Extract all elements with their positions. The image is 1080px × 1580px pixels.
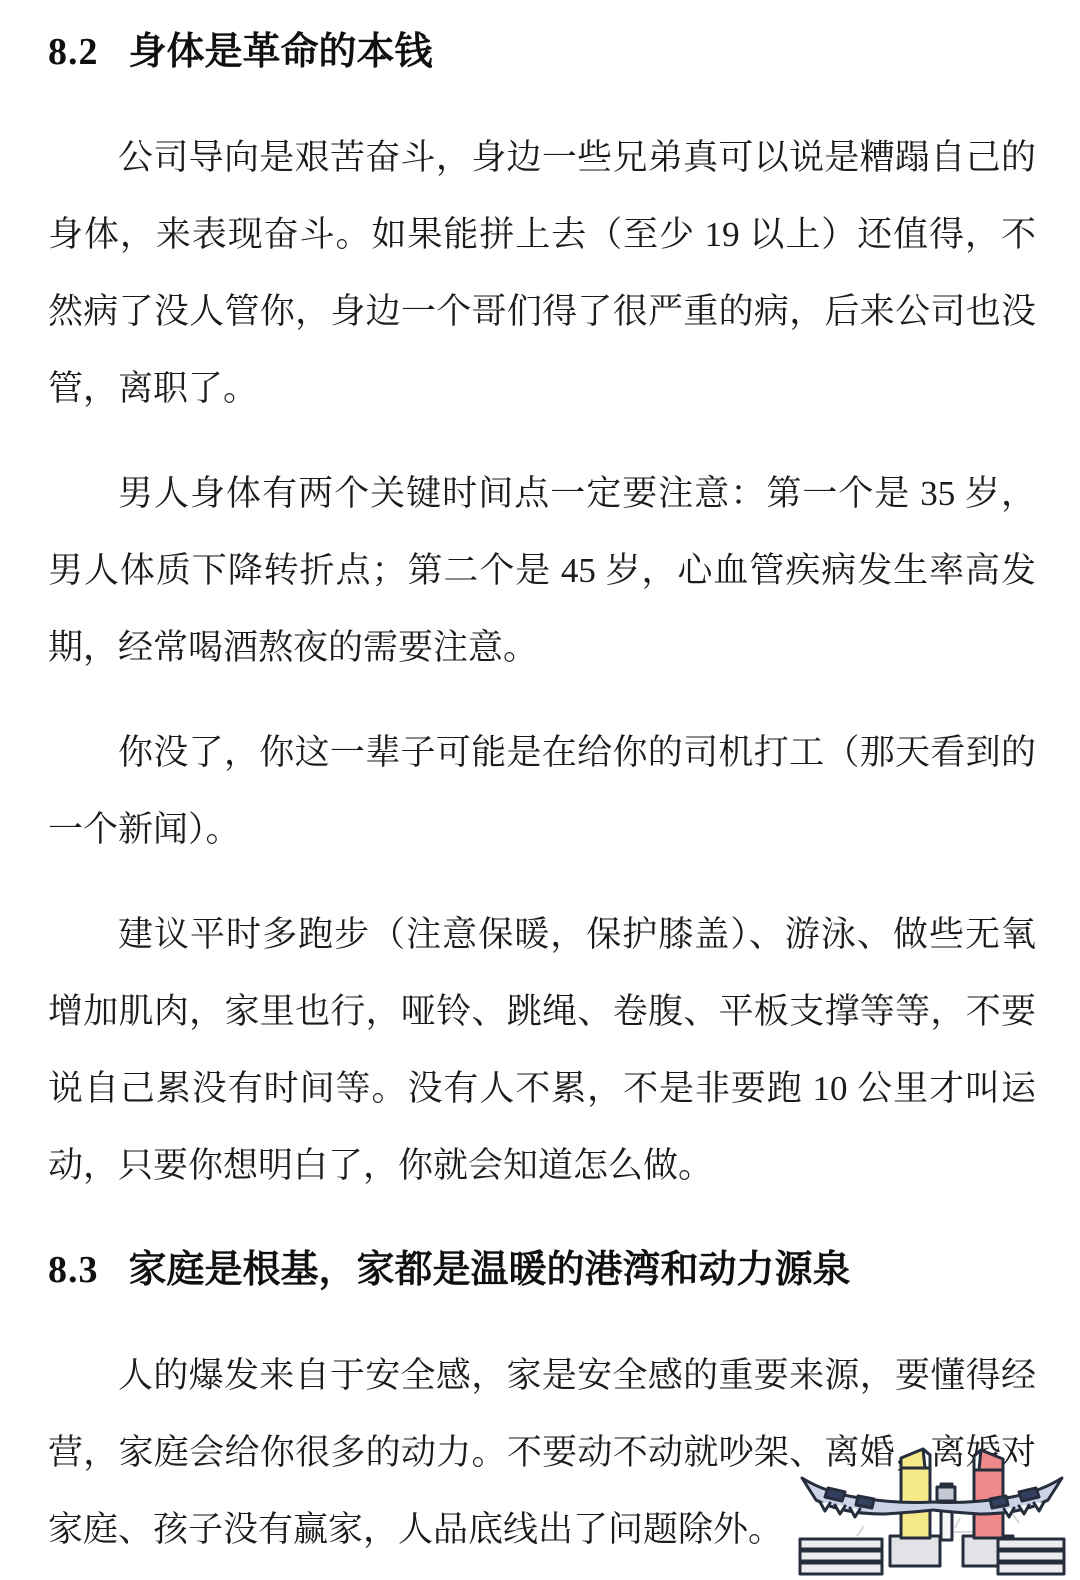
section-title: 家庭是根基，家都是温暖的港湾和动力源泉 (129, 1249, 851, 1291)
center-cube (937, 1487, 955, 1501)
left-pillar (901, 1449, 930, 1538)
paragraph-line: 建议平时多跑步（注意保暖，保护膝盖）、游泳、做些无氧 (48, 896, 1036, 973)
paragraph-line: 管，离职了。 (48, 350, 1036, 427)
paragraph-line: 男人身体有两个关键时间点一定要注意：第一个是 35 岁， (48, 455, 1036, 532)
right-platform (998, 1539, 1064, 1574)
paragraph-line: 人的爆发来自于安全感，家是安全感的重要来源，要懂得经 (48, 1337, 1036, 1414)
left-pillar-base (890, 1536, 940, 1566)
section-title: 身体是革命的本钱 (129, 31, 433, 73)
paragraph-line: 增加肌肉，家里也行，哑铃、跳绳、卷腹、平板支撑等等，不要 (48, 973, 1036, 1050)
document-body: 8.2身体是革命的本钱公司导向是艰苦奋斗，身边一些兄弟真可以说是糟蹋自己的身体，… (48, 14, 1036, 1568)
paragraph: 公司导向是艰苦奋斗，身边一些兄弟真可以说是糟蹋自己的身体，来表现奋斗。如果能拼上… (48, 119, 1036, 427)
left-platform (800, 1539, 882, 1574)
section-number: 8.2 (48, 31, 99, 73)
paragraph-line: 身体，来表现奋斗。如果能拼上去（至少 19 以上）还值得，不 (48, 196, 1036, 273)
paragraph-line: 男人体质下降转折点；第二个是 45 岁，心血管疾病发生率高发 (48, 532, 1036, 609)
right-pillar (974, 1450, 1003, 1538)
paragraph-line: 一个新闻）。 (48, 791, 1036, 868)
paragraph-line: 动，只要你想明白了，你就会知道怎么做。 (48, 1127, 1036, 1204)
paragraph-line: 期，经常喝酒熬夜的需要注意。 (48, 609, 1036, 686)
section-heading: 8.2身体是革命的本钱 (48, 14, 1036, 91)
building-logo-illustration (798, 1438, 1066, 1578)
paragraph: 男人身体有两个关键时间点一定要注意：第一个是 35 岁，男人体质下降转折点；第二… (48, 455, 1036, 686)
section-heading: 8.3家庭是根基，家都是温暖的港湾和动力源泉 (48, 1232, 1036, 1309)
paragraph: 你没了，你这一辈子可能是在给你的司机打工（那天看到的一个新闻）。 (48, 714, 1036, 868)
paragraph: 建议平时多跑步（注意保暖，保护膝盖）、游泳、做些无氧增加肌肉，家里也行，哑铃、跳… (48, 896, 1036, 1204)
paragraph-line: 然病了没人管你，身边一个哥们得了很严重的病，后来公司也没 (48, 273, 1036, 350)
paragraph-line: 你没了，你这一辈子可能是在给你的司机打工（那天看到的 (48, 714, 1036, 791)
paragraph-line: 公司导向是艰苦奋斗，身边一些兄弟真可以说是糟蹋自己的 (48, 119, 1036, 196)
paragraph-line: 说自己累没有时间等。没有人不累，不是非要跑 10 公里才叫运 (48, 1050, 1036, 1127)
document-page: 8.2身体是革命的本钱公司导向是艰苦奋斗，身边一些兄弟真可以说是糟蹋自己的身体，… (0, 0, 1080, 1580)
section-number: 8.3 (48, 1249, 99, 1291)
